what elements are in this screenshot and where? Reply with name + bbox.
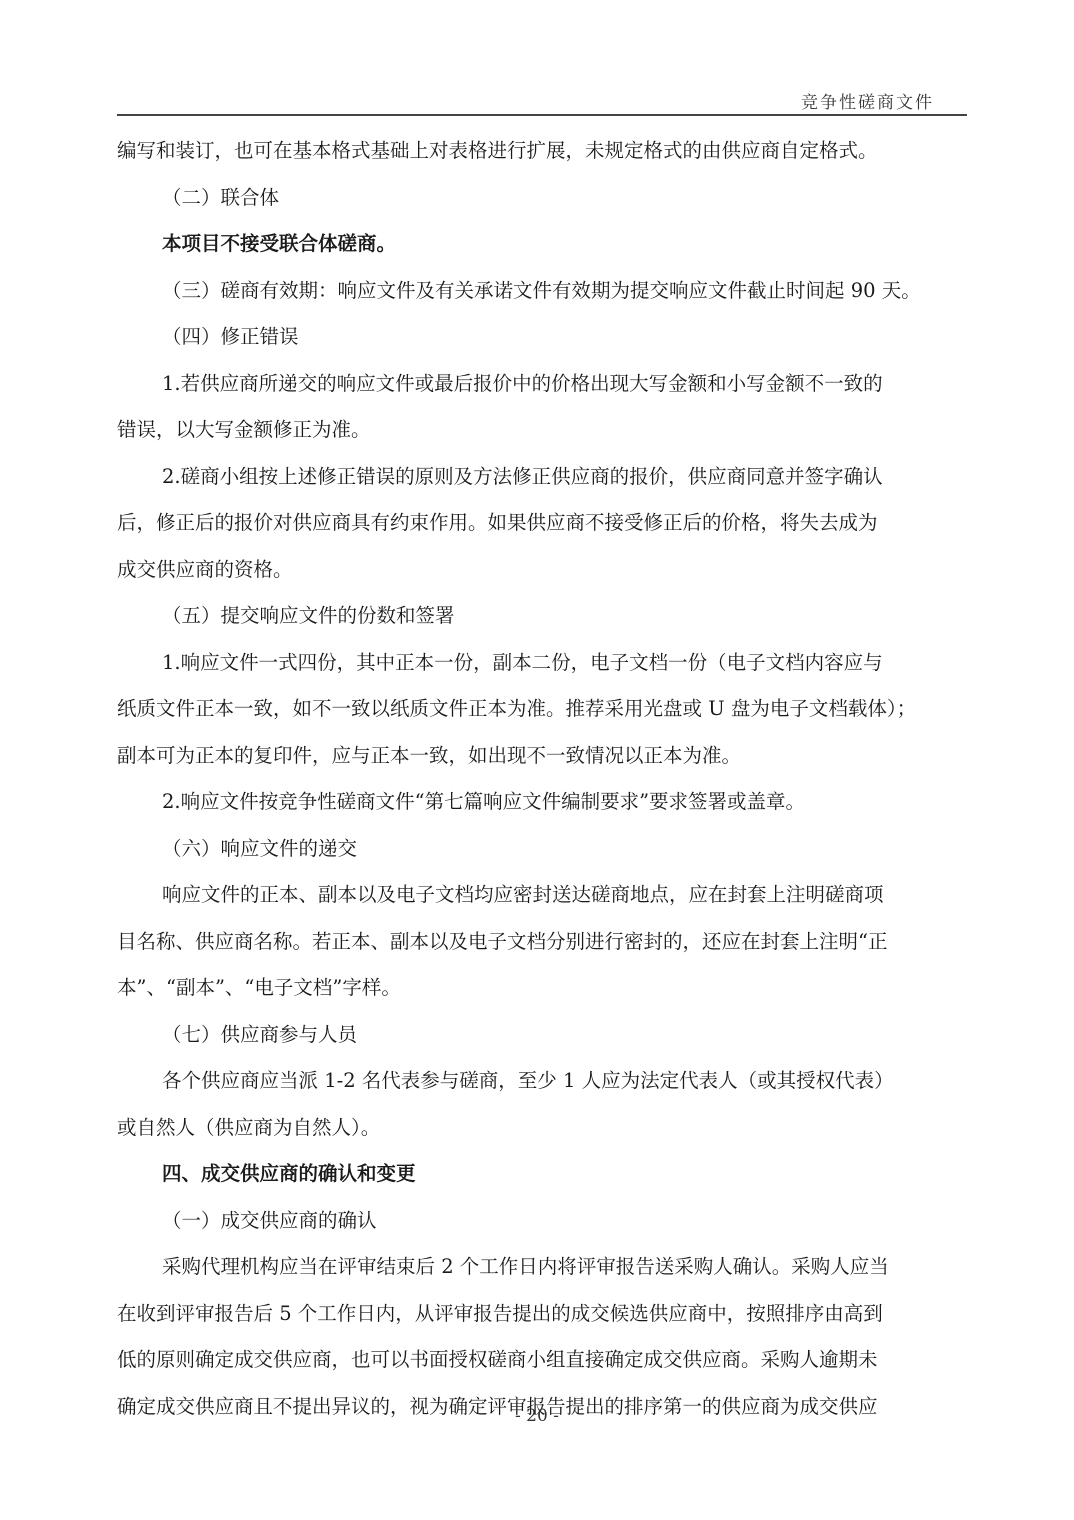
section-heading: 本项目不接受联合体磋商。 <box>117 221 967 268</box>
paragraph-line: （一）成交供应商的确认 <box>117 1198 967 1245</box>
paragraph-line: 1.响应文件一式四份，其中正本一份，副本二份，电子文档一份（电子文档内容应与 <box>117 640 967 687</box>
paragraph-line: 错误，以大写金额修正为准。 <box>117 407 967 454</box>
paragraph-line: （三）磋商有效期：响应文件及有关承诺文件有效期为提交响应文件截止时间起 90 天… <box>117 268 967 315</box>
paragraph-line: （六）响应文件的递交 <box>117 826 967 873</box>
paragraph-line: 1.若供应商所递交的响应文件或最后报价中的价格出现大写金额和小写金额不一致的 <box>117 361 967 408</box>
page-number: - 20 - <box>0 1406 1074 1426</box>
header-rule <box>117 114 967 116</box>
paragraph-line: 2.响应文件按竞争性磋商文件“第七篇响应文件编制要求”要求签署或盖章。 <box>117 779 967 826</box>
paragraph-line: 后，修正后的报价对供应商具有约束作用。如果供应商不接受修正后的价格，将失去成为 <box>117 500 967 547</box>
paragraph-line: 副本可为正本的复印件，应与正本一致，如出现不一致情况以正本为准。 <box>117 733 967 780</box>
paragraph-line: 本”、“副本”、“电子文档”字样。 <box>117 965 967 1012</box>
paragraph-line: 目名称、供应商名称。若正本、副本以及电子文档分别进行密封的，还应在封套上注明“正 <box>117 919 967 966</box>
document-body: 编写和装订，也可在基本格式基础上对表格进行扩展，未规定格式的由供应商自定格式。（… <box>117 128 967 1430</box>
paragraph-line: （四）修正错误 <box>117 314 967 361</box>
paragraph-line: 各个供应商应当派 1-2 名代表参与磋商，至少 1 人应为法定代表人（或其授权代… <box>117 1058 967 1105</box>
paragraph-line: 在收到评审报告后 5 个工作日内，从评审报告提出的成交候选供应商中，按照排序由高… <box>117 1291 967 1338</box>
paragraph-line: （二）联合体 <box>117 175 967 222</box>
paragraph-line: 低的原则确定成交供应商，也可以书面授权磋商小组直接确定成交供应商。采购人逾期未 <box>117 1337 967 1384</box>
running-header-title: 竞争性磋商文件 <box>801 88 934 113</box>
paragraph-line: 响应文件的正本、副本以及电子文档均应密封送达磋商地点，应在封套上注明磋商项 <box>117 872 967 919</box>
paragraph-line: （五）提交响应文件的份数和签署 <box>117 593 967 640</box>
paragraph-line: 编写和装订，也可在基本格式基础上对表格进行扩展，未规定格式的由供应商自定格式。 <box>117 128 967 175</box>
paragraph-line: 成交供应商的资格。 <box>117 547 967 594</box>
paragraph-line: （七）供应商参与人员 <box>117 1012 967 1059</box>
section-heading: 四、成交供应商的确认和变更 <box>117 1151 967 1198</box>
paragraph-line: 或自然人（供应商为自然人）。 <box>117 1105 967 1152</box>
paragraph-line: 纸质文件正本一致，如不一致以纸质文件正本为准。推荐采用光盘或 U 盘为电子文档载… <box>117 686 967 733</box>
paragraph-line: 采购代理机构应当在评审结束后 2 个工作日内将评审报告送采购人确认。采购人应当 <box>117 1244 967 1291</box>
paragraph-line: 2.磋商小组按上述修正错误的原则及方法修正供应商的报价，供应商同意并签字确认 <box>117 454 967 501</box>
